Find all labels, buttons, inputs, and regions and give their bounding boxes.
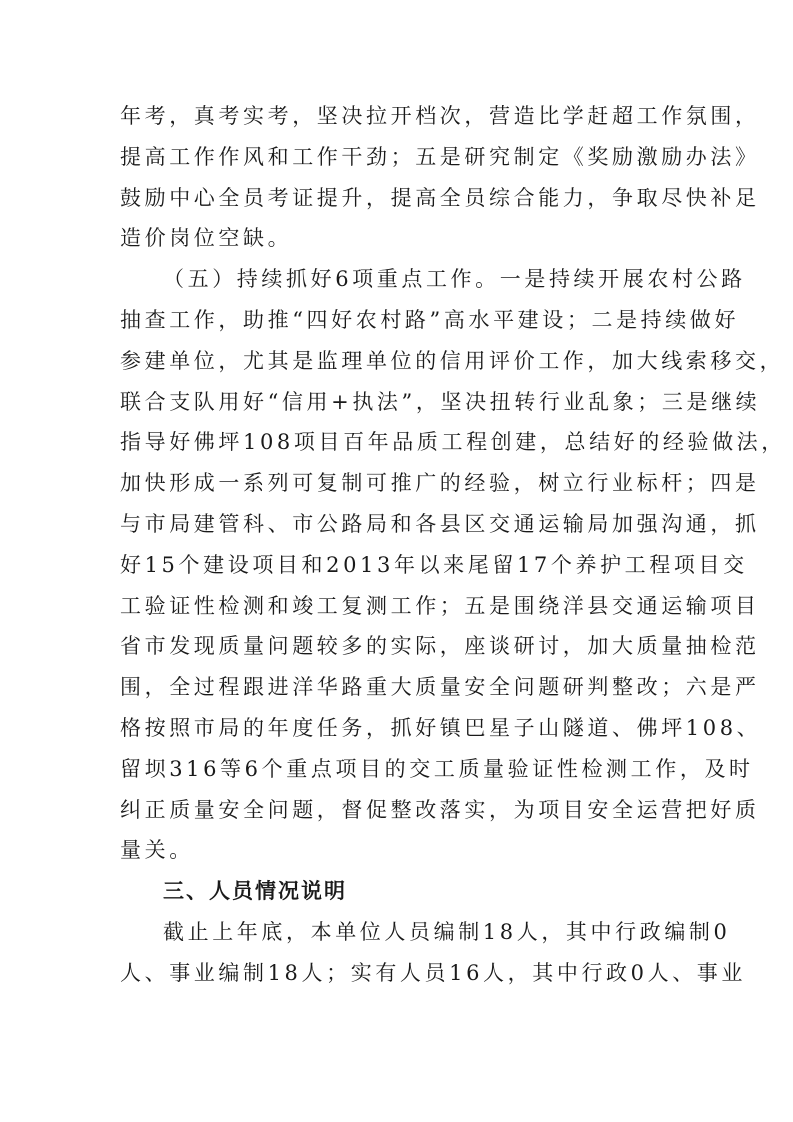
text-line: 指导好佛坪108项目百年品质工程创建，总结好的经验做法， (120, 422, 668, 463)
text-line: 截止上年底，本单位人员编制18人，其中行政编制0 (120, 912, 668, 953)
text-line: 工验证性检测和竣工复测工作；五是围绕洋县交通运输项目 (120, 586, 668, 627)
text-line: 围，全过程跟进洋华路重大质量安全问题研判整改；六是严 (120, 667, 668, 708)
text-line: 提高工作作风和工作干劲；五是研究制定《奖励激励办法》 (120, 137, 668, 178)
text-line: 量关。 (120, 830, 668, 871)
text-line: 抽查工作，助推“四好农村路”高水平建设；二是持续做好 (120, 300, 668, 341)
text-line: 格按照市局的年度任务，抓好镇巴星子山隧道、佛坪108、 (120, 708, 668, 749)
text-line: 年考，真考实考，坚决拉开档次，营造比学赶超工作氛围， (120, 96, 668, 137)
text-line: 好15个建设项目和2013年以来尾留17个养护工程项目交 (120, 545, 668, 586)
text-line: 与市局建管科、市公路局和各县区交通运输局加强沟通，抓 (120, 504, 668, 545)
text-line: 鼓励中心全员考证提升，提高全员综合能力，争取尽快补足 (120, 178, 668, 219)
text-line: 加快形成一系列可复制可推广的经验，树立行业标杆；四是 (120, 463, 668, 504)
text-line: 留坝316等6个重点项目的交工质量验证性检测工作，及时 (120, 749, 668, 790)
text-line: （五）持续抓好6项重点工作。一是持续开展农村公路 (120, 259, 668, 300)
text-line: 造价岗位空缺。 (120, 218, 668, 259)
text-line: 纠正质量安全问题，督促整改落实，为项目安全运营把好质 (120, 790, 668, 831)
text-line: 人、事业编制18人；实有人员16人，其中行政0人、事业 (120, 953, 668, 994)
text-line: 联合支队用好“信用+执法”，坚决扭转行业乱象；三是继续 (120, 382, 668, 423)
document-page: 年考，真考实考，坚决拉开档次，营造比学赶超工作氛围， 提高工作作风和工作干劲；五… (120, 96, 668, 994)
text-line: 参建单位，尤其是监理单位的信用评价工作，加大线索移交， (120, 341, 668, 382)
section-heading: 三、人员情况说明 (120, 871, 668, 912)
text-line: 省市发现质量问题较多的实际，座谈研讨，加大质量抽检范 (120, 626, 668, 667)
